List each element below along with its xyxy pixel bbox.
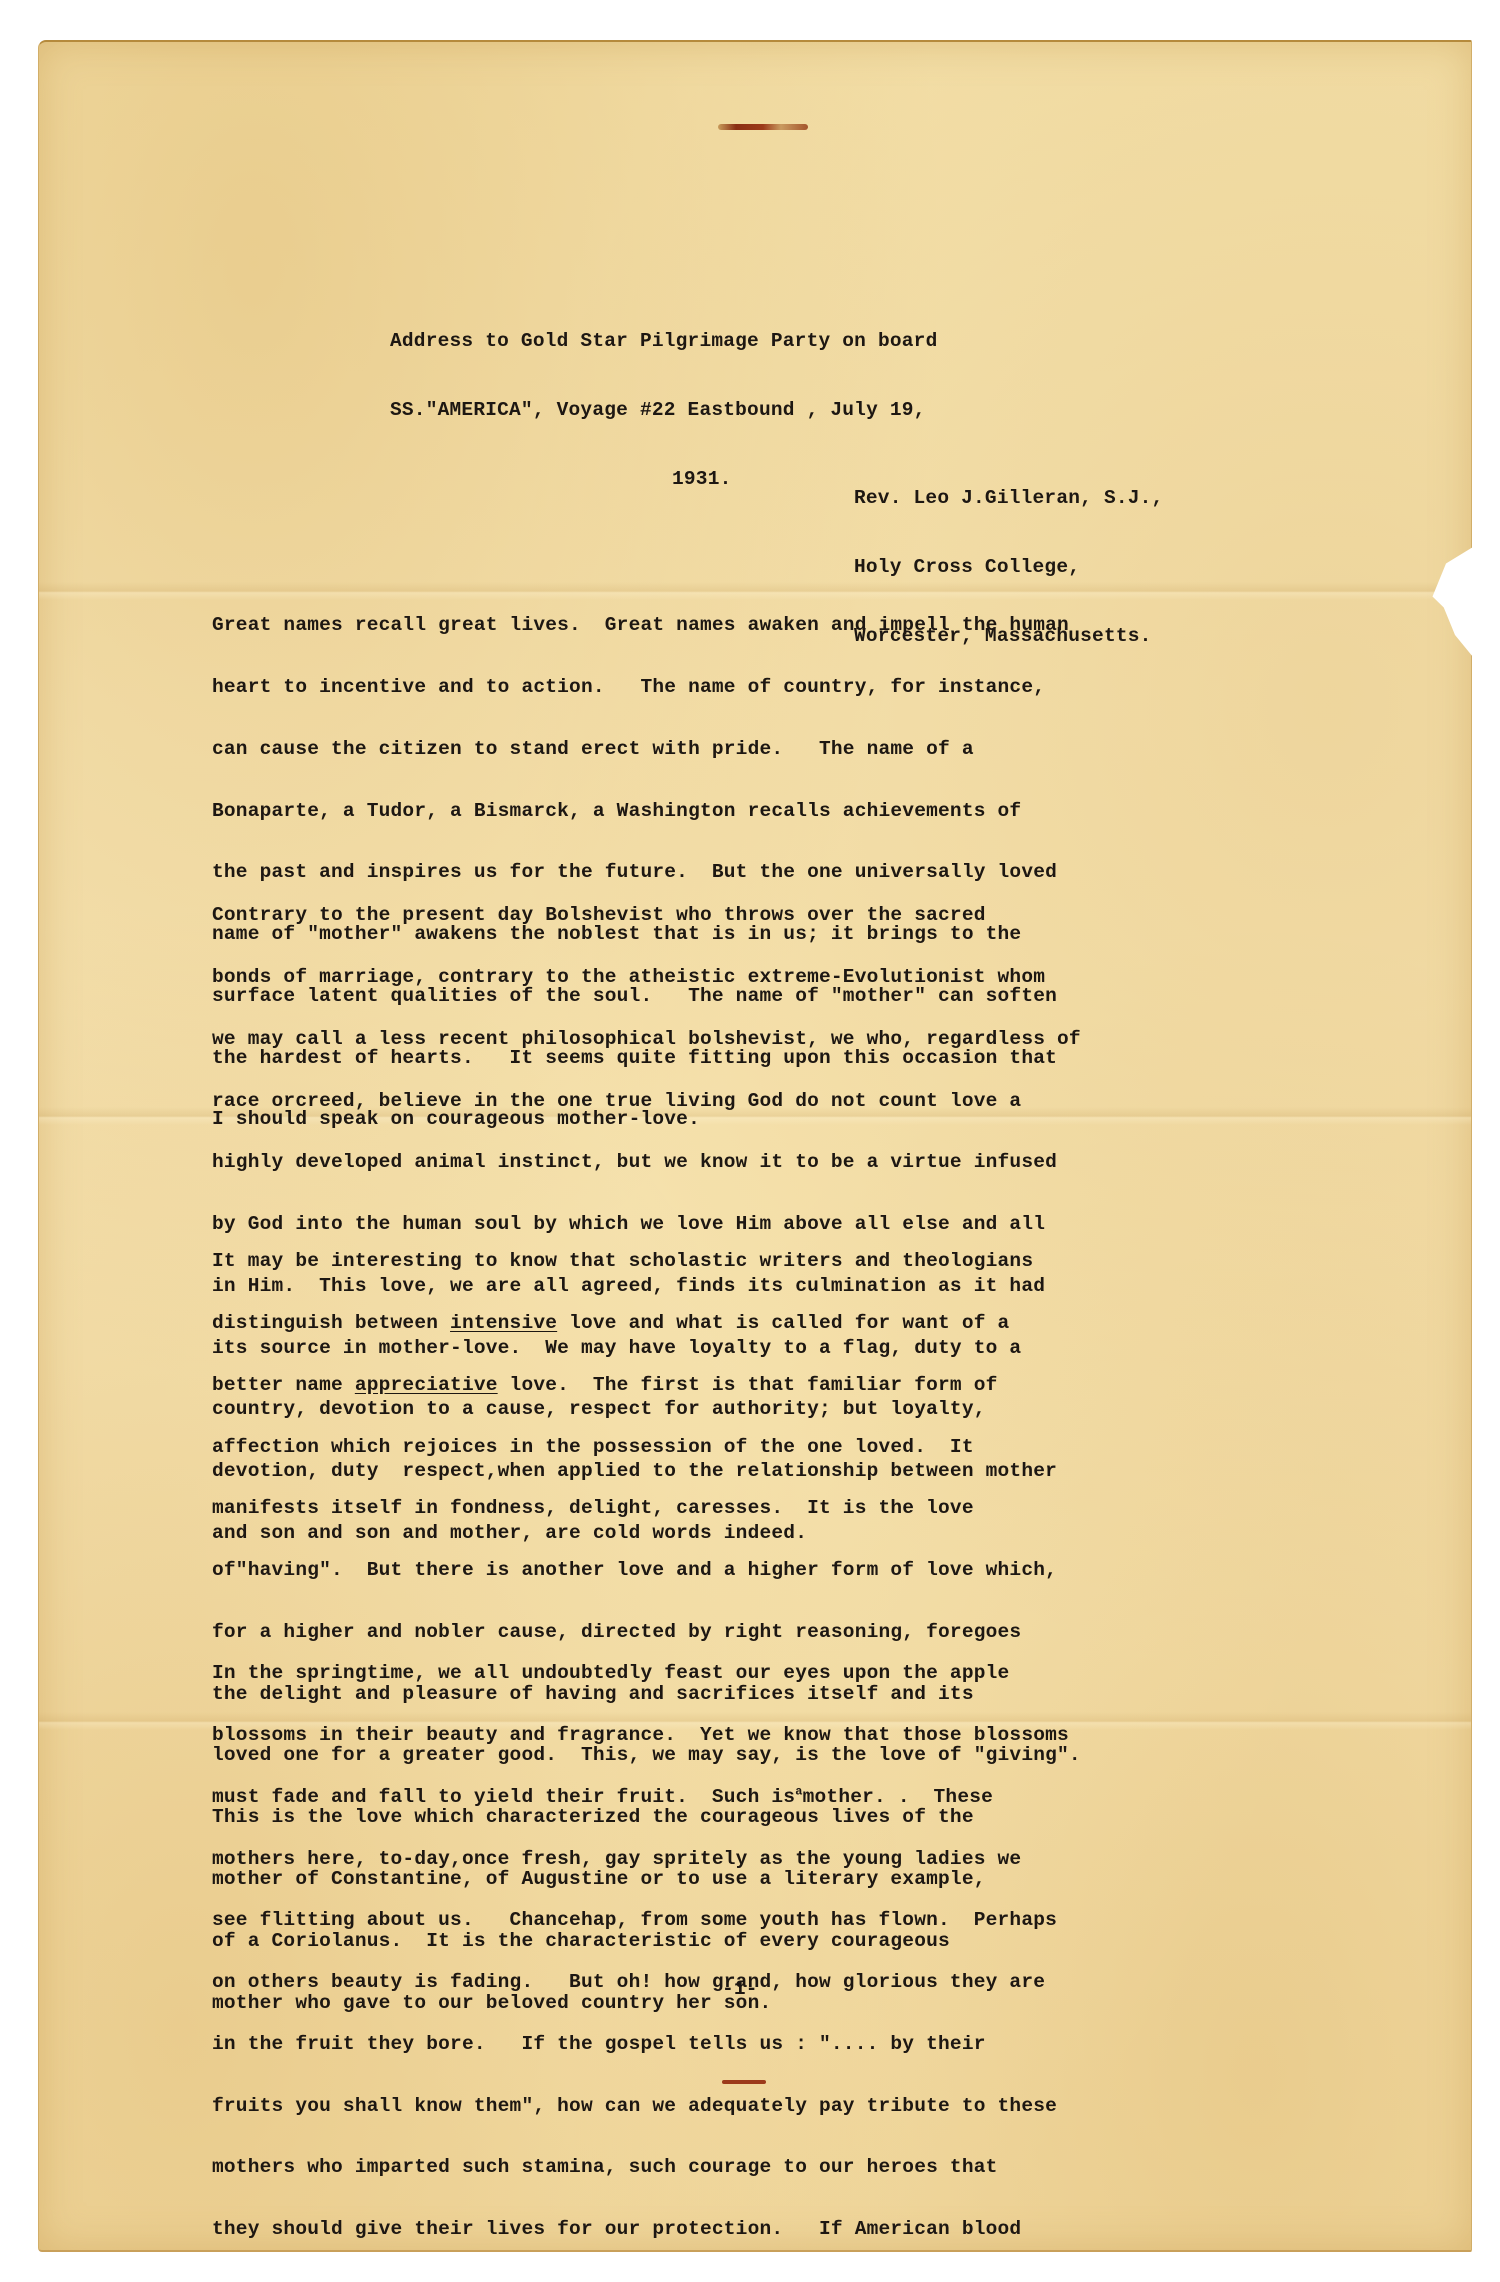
torn-edge	[1428, 547, 1473, 657]
text-line: Great names recall great lives. Great na…	[212, 615, 1069, 636]
paragraph-4: In the springtime, we all undoubtedly fe…	[212, 1622, 1069, 2260]
text-fragment: distinguish between	[212, 1312, 450, 1334]
text-fragment: must fade and fall to yield their fruit.…	[212, 1786, 795, 1808]
text-line: affection which rejoices in the possessi…	[212, 1437, 1081, 1458]
text-line: mothers who imparted such stamina, such …	[212, 2157, 1069, 2178]
text-line: we may call a less recent philosophical …	[212, 1029, 1081, 1050]
text-fragment: better name	[212, 1374, 355, 1396]
text-line: see flitting about us. Chancehap, from s…	[212, 1910, 1069, 1931]
title-line: Address to Gold Star Pilgrimage Party on…	[390, 330, 938, 353]
text-line: race orcreed, believe in the one true li…	[212, 1091, 1081, 1112]
underlined-term-intensive: intensive	[450, 1312, 557, 1334]
text-line: highly developed animal instinct, but we…	[212, 1152, 1081, 1173]
page-number: -1-	[722, 1978, 758, 2000]
text-line: Bonaparte, a Tudor, a Bismarck, a Washin…	[212, 801, 1069, 822]
text-line: they should give their lives for our pro…	[212, 2219, 1069, 2240]
text-line: on others beauty is fading. But oh! how …	[212, 1972, 1069, 1993]
text-fragment: love and what is called for want of a	[557, 1312, 1009, 1334]
text-line: distinguish between intensive love and w…	[212, 1313, 1081, 1334]
text-line: can cause the citizen to stand erect wit…	[212, 739, 1069, 760]
text-line: fruits you shall know them", how can we …	[212, 2096, 1069, 2117]
text-fragment: mother. . These	[803, 1786, 993, 1808]
text-line: better name appreciative love. The first…	[212, 1375, 1081, 1396]
handwritten-insertion: a	[795, 1784, 802, 1798]
title-line: SS."AMERICA", Voyage #22 Eastbound , Jul…	[390, 399, 938, 422]
text-line: mothers here, to-day,once fresh, gay spr…	[212, 1849, 1069, 1870]
text-line: blossoms in their beauty and fragrance. …	[212, 1725, 1069, 1746]
text-line: Contrary to the present day Bolshevist w…	[212, 905, 1081, 926]
text-line: in the fruit they bore. If the gospel te…	[212, 2034, 1069, 2055]
author-name: Rev. Leo J.Gilleran, S.J.,	[854, 487, 1163, 510]
text-fragment: love. The first is that familiar form of	[498, 1374, 998, 1396]
text-line: It may be interesting to know that schol…	[212, 1251, 1081, 1272]
staple-mark-icon	[718, 124, 808, 130]
text-line: In the springtime, we all undoubtedly fe…	[212, 1663, 1069, 1684]
text-line: must fade and fall to yield their fruit.…	[212, 1787, 1069, 1808]
text-line: heart to incentive and to action. The na…	[212, 677, 1069, 698]
text-line: manifests itself in fondness, delight, c…	[212, 1498, 1081, 1519]
text-line: of"having". But there is another love an…	[212, 1560, 1081, 1581]
underlined-term-appreciative: appreciative	[355, 1374, 498, 1396]
text-line: bonds of marriage, contrary to the athei…	[212, 967, 1081, 988]
